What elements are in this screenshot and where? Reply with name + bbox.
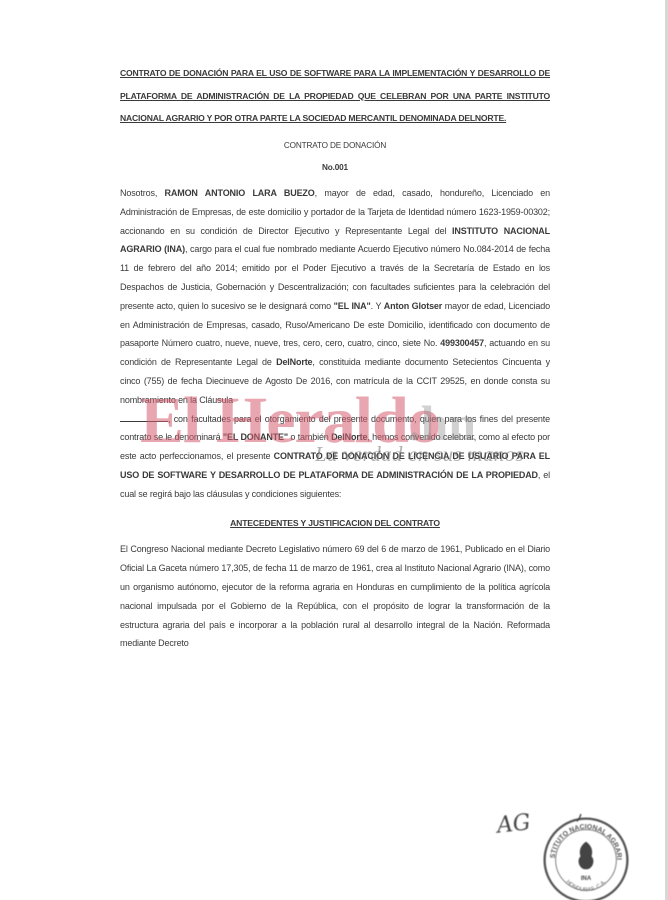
company-name: DelNorte [331, 432, 367, 442]
document-page: CONTRATO DE DONACIÓN PARA EL USO DE SOFT… [120, 62, 550, 653]
intro-paragraph: Nosotros, RAMON ANTONIO LARA BUEZO, mayo… [120, 184, 550, 504]
seal-center-text: INA [581, 876, 592, 882]
document-title: CONTRATO DE DONACIÓN PARA EL USO DE SOFT… [120, 62, 550, 130]
representative-name: RAMON ANTONIO LARA BUEZO [165, 188, 315, 198]
intro-text: . Y [371, 301, 384, 311]
donor-representative-name: Anton Glotser [384, 301, 442, 311]
document-number: No.001 [120, 159, 550, 178]
passport-number: 499300457 [440, 338, 484, 348]
intro-text: o también [288, 432, 331, 442]
section-heading: ANTECEDENTES Y JUSTIFICACION DEL CONTRAT… [120, 514, 550, 533]
document-subtitle: CONTRATO DE DONACIÓN [120, 137, 550, 156]
blank-line [120, 412, 168, 422]
handwritten-initials: AG [496, 810, 532, 838]
ina-alias: "EL INA" [334, 301, 371, 311]
section-paragraph: El Congreso Nacional mediante Decreto Le… [120, 540, 550, 653]
official-seal-icon: INSTITUTO NACIONAL AGRARIO HONDURAS, C.A… [540, 814, 632, 900]
company-name: DelNorte [276, 357, 312, 367]
donor-alias: "EL DONANTE" [223, 432, 288, 442]
intro-text: Nosotros, [120, 188, 165, 198]
